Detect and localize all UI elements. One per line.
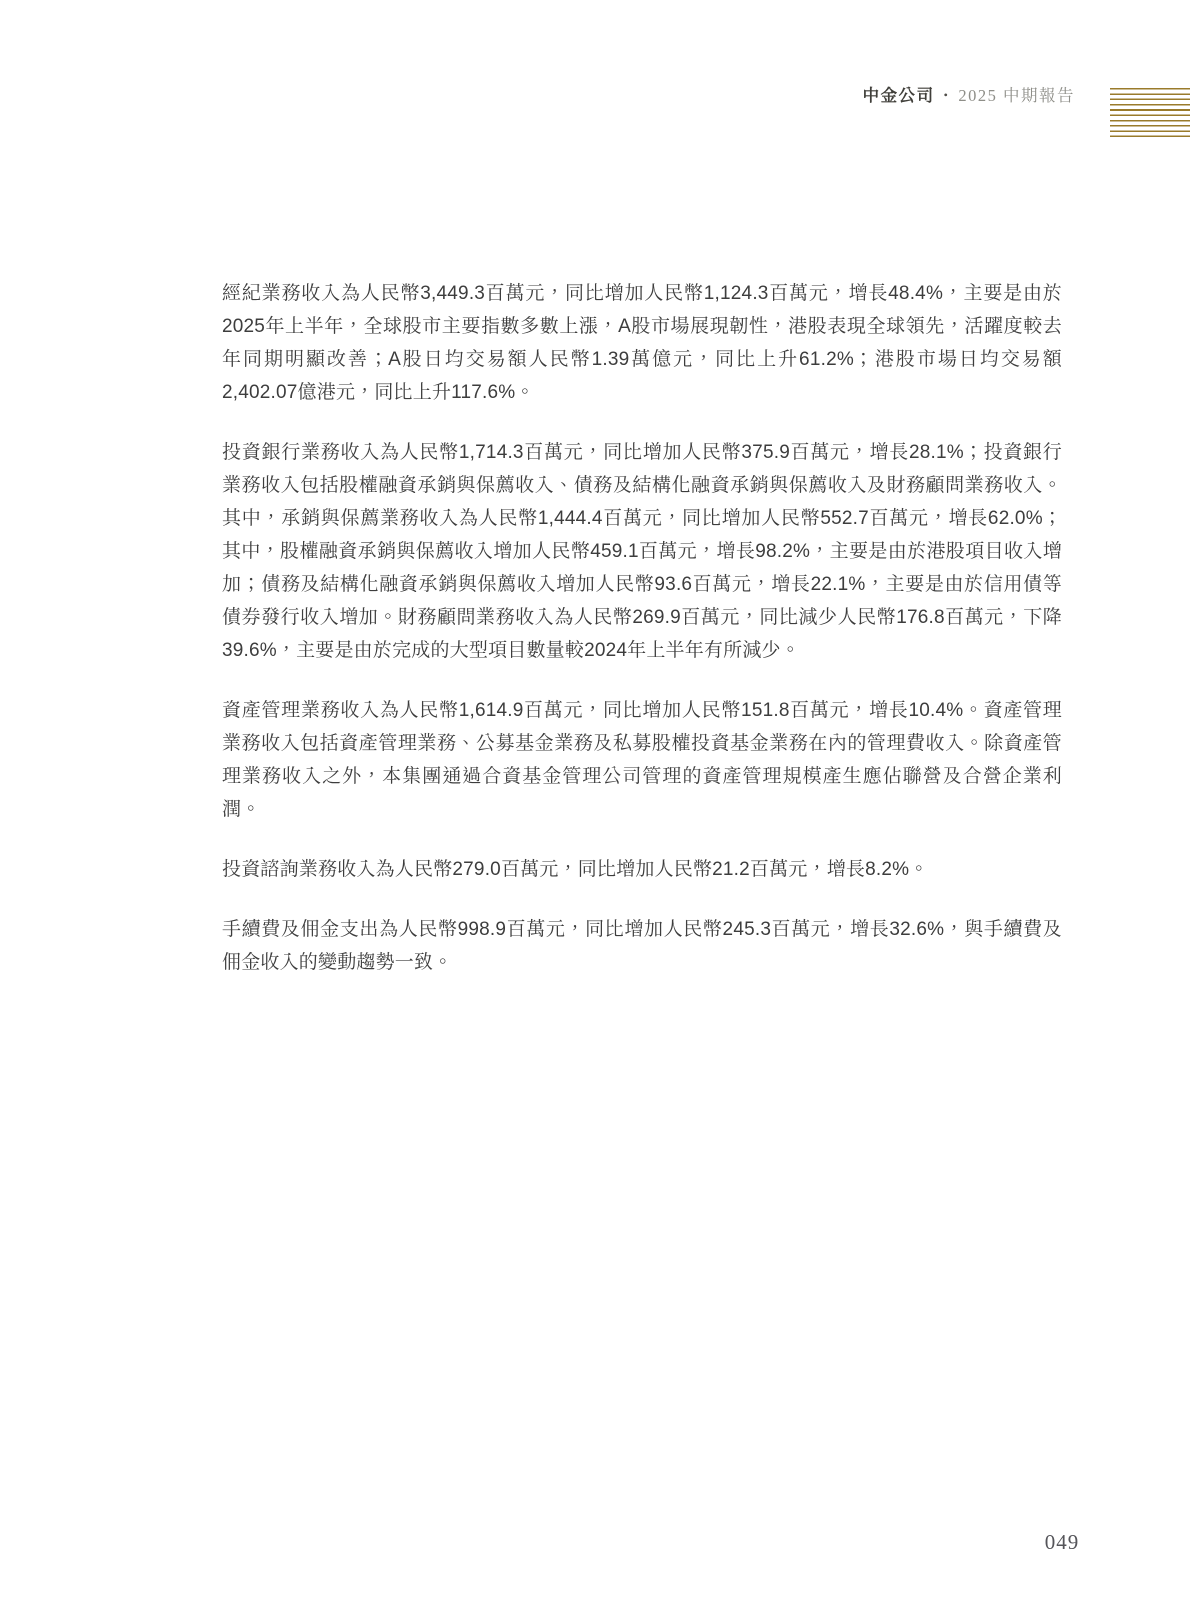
paragraph-fee-commission-expense: 手續費及佣金支出為人民幣998.9百萬元，同比增加人民幣245.3百萬元，增長3… bbox=[222, 913, 1062, 979]
gold-stripes-logo-icon bbox=[1110, 88, 1190, 137]
paragraph-brokerage-income: 經紀業務收入為人民幣3,449.3百萬元，同比增加人民幣1,124.3百萬元，增… bbox=[222, 277, 1062, 409]
company-name: 中金公司 bbox=[863, 86, 935, 105]
page-number: 049 bbox=[1040, 1530, 1084, 1555]
header-bullet-icon: • bbox=[944, 88, 950, 102]
paragraph-investment-banking-income: 投資銀行業務收入為人民幣1,714.3百萬元，同比增加人民幣375.9百萬元，增… bbox=[222, 436, 1062, 667]
running-head: 中金公司•2025 中期報告 bbox=[863, 85, 1075, 106]
body-text: 經紀業務收入為人民幣3,449.3百萬元，同比增加人民幣1,124.3百萬元，增… bbox=[222, 277, 1062, 1006]
report-page: 中金公司•2025 中期報告 經紀業務收入為人民幣3,449.3百萬元，同比增加… bbox=[0, 0, 1190, 1615]
report-title: 2025 中期報告 bbox=[958, 86, 1075, 105]
paragraph-investment-advisory-income: 投資諮詢業務收入為人民幣279.0百萬元，同比增加人民幣21.2百萬元，增長8.… bbox=[222, 853, 1062, 886]
paragraph-asset-management-income: 資產管理業務收入為人民幣1,614.9百萬元，同比增加人民幣151.8百萬元，增… bbox=[222, 694, 1062, 826]
